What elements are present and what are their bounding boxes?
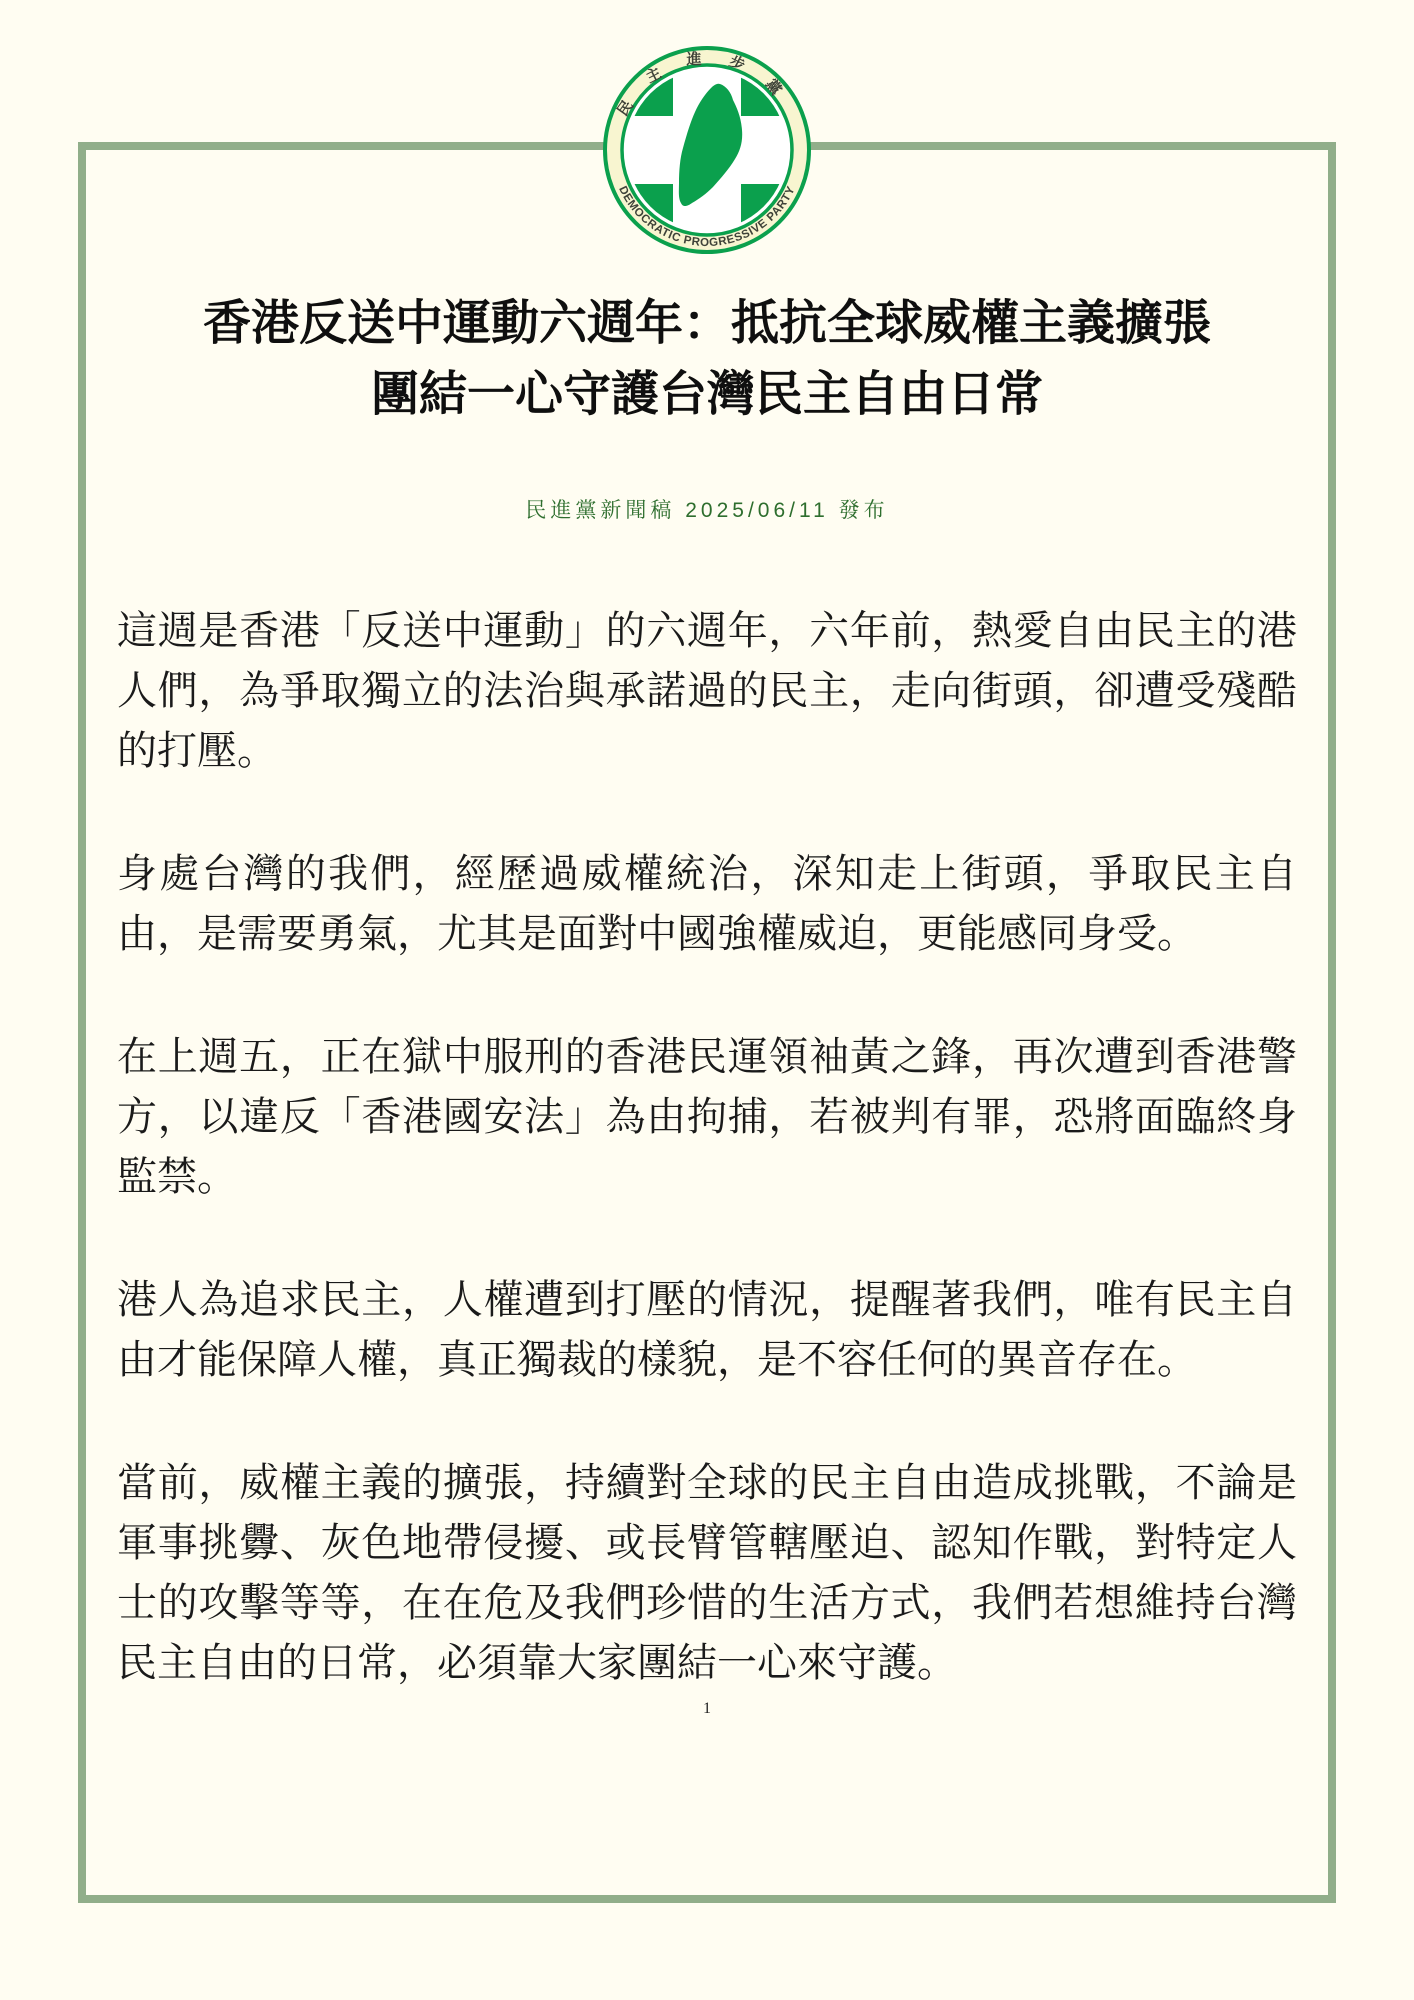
title-line-2: 團結一心守護台灣民主自由日常 [0,359,1414,430]
document-body: 這週是香港「反送中運動」的六週年，六年前，熱愛自由民主的港人們，為爭取獨立的法治… [117,601,1297,1756]
paragraph: 港人為追求民主，人權遭到打壓的情況，提醒著我們，唯有民主自由才能保障人權，真正獨… [117,1270,1297,1390]
title-line-1: 香港反送中運動六週年：抵抗全球威權主義擴張 [0,288,1414,359]
paragraph: 這週是香港「反送中運動」的六週年，六年前，熱愛自由民主的港人們，為爭取獨立的法治… [117,601,1297,781]
document-title: 香港反送中運動六週年：抵抗全球威權主義擴張 團結一心守護台灣民主自由日常 [0,288,1414,430]
paragraph: 身處台灣的我們，經歷過威權統治，深知走上街頭，爭取民主自由，是需要勇氣，尤其是面… [117,844,1297,964]
press-release-byline: 民進黨新聞稿 2025/06/11 發布 [0,494,1414,524]
dpp-logo-icon: 民主進步黨 DEMOCRATIC PROGRESSIVE PARTY [602,45,812,255]
paragraph: 當前，威權主義的擴張，持續對全球的民主自由造成挑戰，不論是軍事挑釁、灰色地帶侵擾… [117,1453,1297,1693]
page-number: 1 [0,1700,1414,1718]
paragraph: 在上週五，正在獄中服刑的香港民運領袖黃之鋒，再次遭到香港警方，以違反「香港國安法… [117,1027,1297,1207]
press-release-page: { "page": { "background_color": "#FFFDF2… [0,0,1414,2000]
